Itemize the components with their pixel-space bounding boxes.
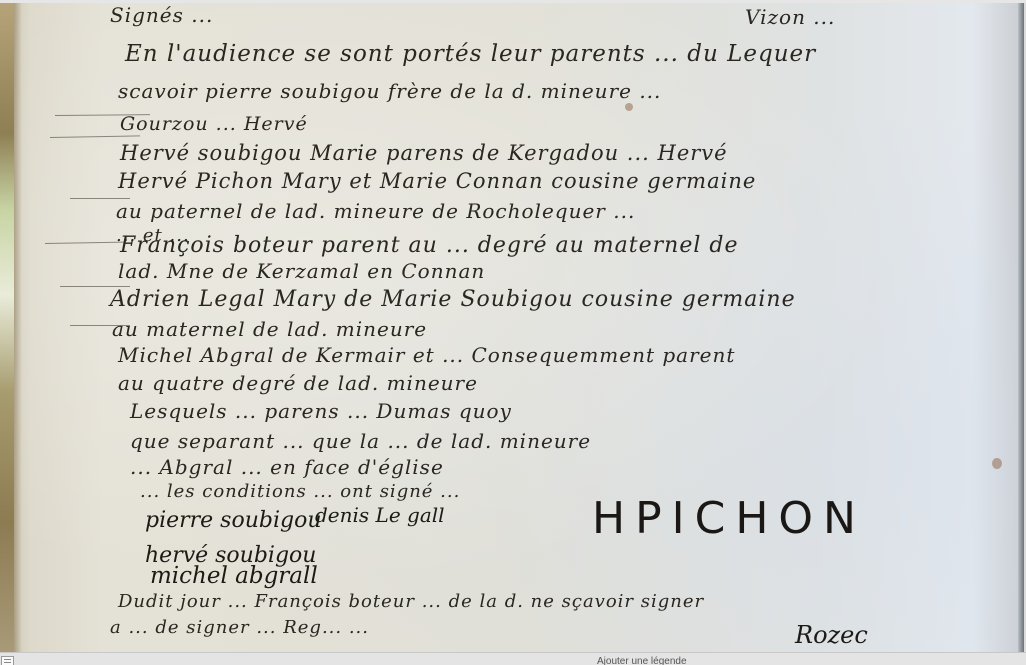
document-line: ... Abgral ... en face d'église — [130, 455, 444, 479]
margin-rule — [60, 286, 130, 287]
document-line: En l'audience se sont portés leur parent… — [125, 41, 816, 67]
signature-denis-legall: denis Le gall — [315, 503, 445, 527]
document-line: Adrien Legal Mary de Marie Soubigou cous… — [110, 287, 796, 312]
ink-stain — [625, 103, 633, 111]
margin-rule — [45, 242, 125, 244]
caption-input[interactable]: Ajouter une légende — [597, 656, 687, 665]
signature-hpichon: HPICHON — [592, 493, 866, 544]
page-edge — [1018, 3, 1024, 652]
page-binding — [0, 3, 14, 652]
document-line: Michel Abgral de Kermair et ... Conseque… — [118, 343, 735, 367]
document-line: ... les conditions ... ont signé ... — [140, 481, 460, 502]
document-line: lad. Mne de Kerzamal en Connan — [118, 259, 485, 283]
margin-rule — [70, 325, 130, 326]
document-line: François boteur parent au ... degré au m… — [120, 233, 738, 258]
image-viewer: Vizon ... Signés ... En l'audience se so… — [0, 0, 1026, 665]
menu-lines-icon[interactable] — [1, 656, 14, 665]
top-annotation: Vizon ... — [745, 5, 835, 29]
document-line: au paternel de lad. mineure de Rocholequ… — [116, 199, 635, 223]
signature-michel-abgrall: michel abgrall — [150, 563, 318, 589]
ink-stain — [992, 458, 1002, 469]
caption-bar: Ajouter une légende — [0, 652, 1026, 665]
document-scan-image[interactable]: Vizon ... Signés ... En l'audience se so… — [0, 3, 1024, 652]
document-line: Gourzou ... Hervé — [120, 113, 308, 135]
signature-pierre-soubigou: pierre soubigou — [145, 508, 322, 533]
document-line: au quatre degré de lad. mineure — [118, 371, 478, 395]
document-line: Hervé soubigou Marie parens de Kergadou … — [120, 141, 728, 165]
document-line: Lesquels ... parens ... Dumas quoy — [130, 399, 512, 423]
document-line: Signés ... — [110, 3, 213, 27]
document-line: que separant ... que la ... de lad. mine… — [130, 429, 591, 453]
document-line: Hervé Pichon Mary et Marie Connan cousin… — [118, 169, 756, 193]
closing-line: a ... de signer ... Reg... ... — [110, 617, 369, 638]
document-line: scavoir pierre soubigou frère de la d. m… — [118, 79, 661, 103]
signature-rozec: Rozec — [795, 621, 868, 649]
margin-rule — [70, 198, 130, 199]
binding-shadow — [14, 3, 22, 652]
document-line: au maternel de lad. mineure — [112, 317, 427, 341]
margin-rule — [50, 135, 140, 138]
closing-line: Dudit jour ... François boteur ... de la… — [118, 591, 704, 612]
